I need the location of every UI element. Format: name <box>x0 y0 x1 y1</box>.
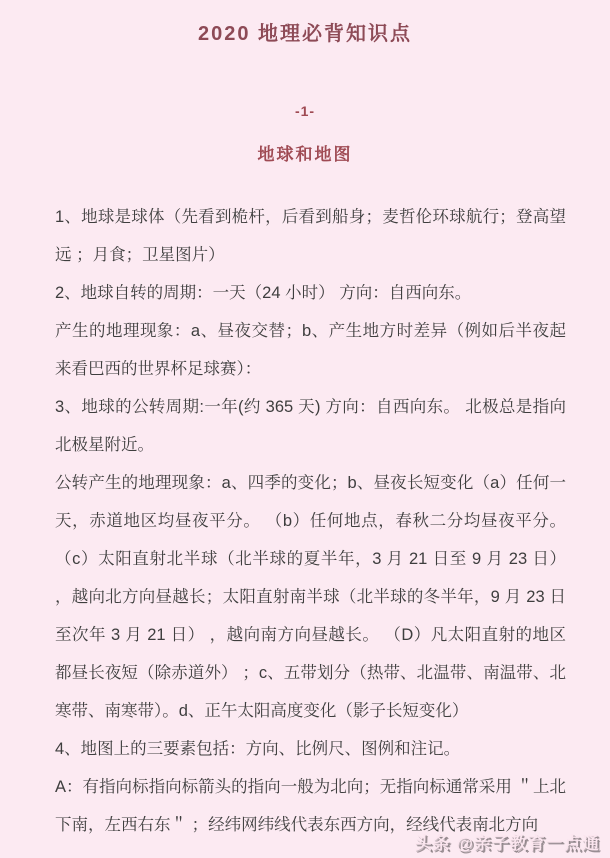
paragraph-5: 公转产生的地理现象：a、四季的变化；b、昼夜长短变化（a）任何一天，赤道地区均昼… <box>55 464 566 730</box>
watermark: 头条 @亲子教育一点通 <box>415 832 600 856</box>
paragraph-1: 1、地球是球体（先看到桅杆，后看到船身；麦哲伦环球航行；登高望远 ；月食；卫星图… <box>55 198 566 274</box>
document-title: 2020 地理必背知识点 <box>0 0 610 48</box>
section-number: -1- <box>0 102 610 120</box>
document-page: 2020 地理必背知识点 -1- 地球和地图 1、地球是球体（先看到桅杆，后看到… <box>0 0 610 858</box>
section-title: 地球和地图 <box>0 144 610 166</box>
watermark-text: 头条 @亲子教育一点通 <box>415 834 600 853</box>
paragraph-6: 4、地图上的三要素包括：方向、比例尺、图例和注记。 <box>55 730 566 768</box>
paragraph-2: 2、地球自转的周期：一天（24 小时） 方向：自西向东。 <box>55 274 566 312</box>
paragraph-3: 产生的地理现象：a、昼夜交替；b、产生地方时差异（例如后半夜起来看巴西的世界杯足… <box>55 312 566 388</box>
document-body: 1、地球是球体（先看到桅杆，后看到船身；麦哲伦环球航行；登高望远 ；月食；卫星图… <box>0 198 610 844</box>
paragraph-4: 3、地球的公转周期:一年(约 365 天) 方向：自西向东。 北极总是指向北极星… <box>55 388 566 464</box>
